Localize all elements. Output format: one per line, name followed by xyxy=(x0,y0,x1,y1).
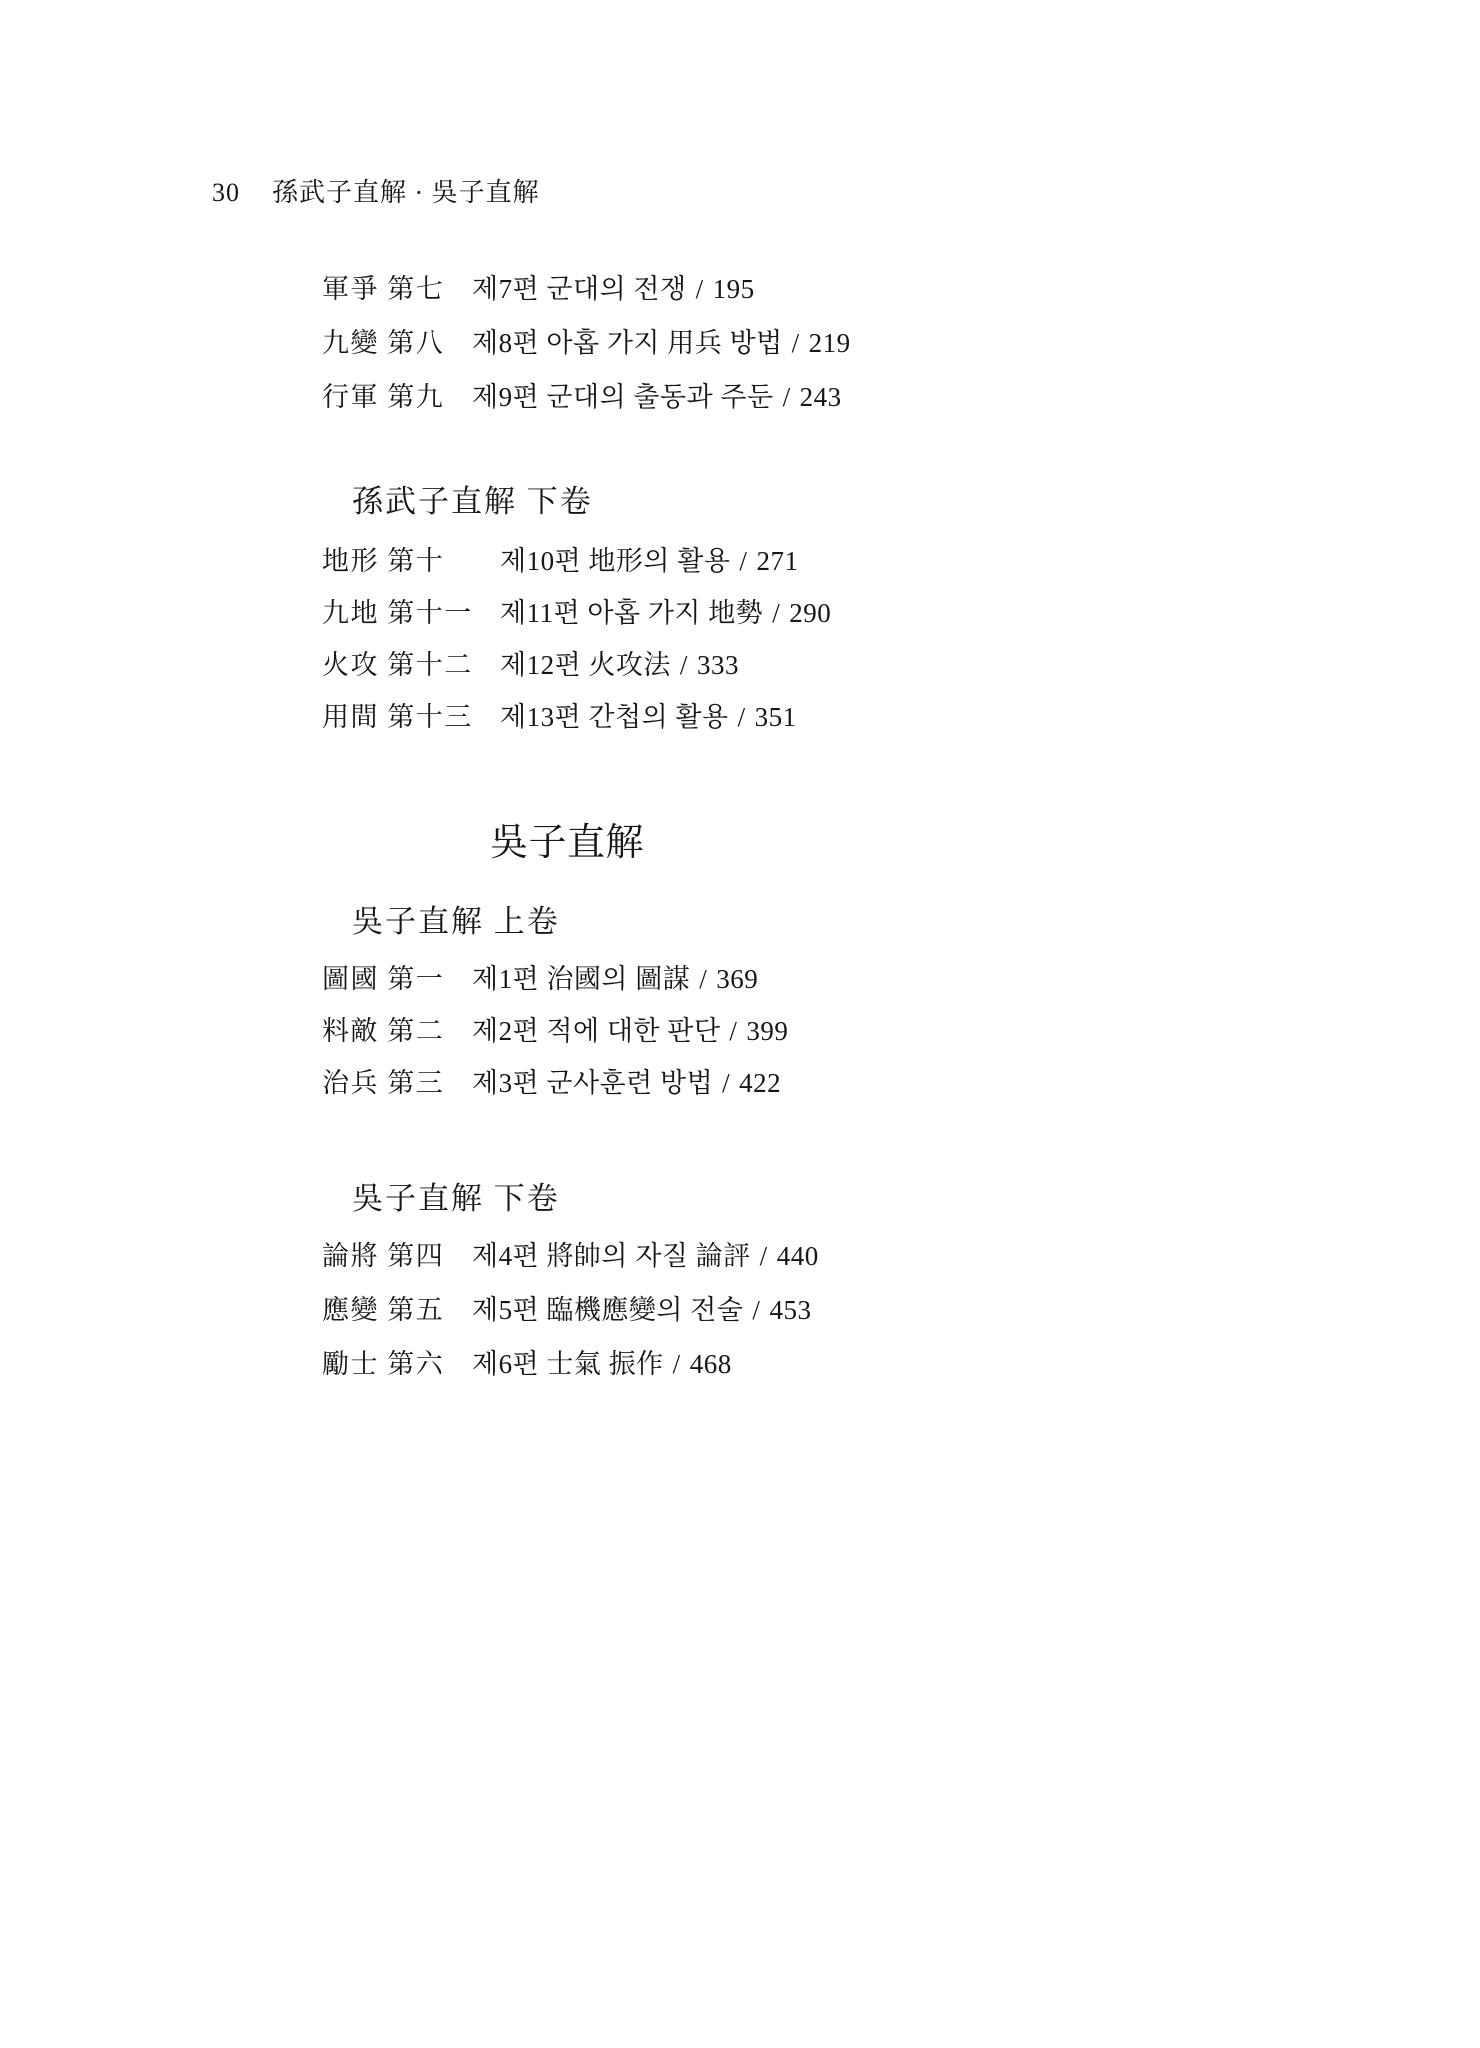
chapter-name: 軍爭 第七 xyxy=(322,276,472,303)
chapter-name: 治兵 第三 xyxy=(322,1070,472,1097)
group-heading: 孫武子直解 下卷 xyxy=(352,486,831,517)
page-separator: / xyxy=(738,702,746,732)
chapter-description: 제12편 火攻法 xyxy=(500,650,671,680)
page-separator: / xyxy=(673,1349,681,1379)
chapter-page-number: 333 xyxy=(697,650,739,680)
page-header: 30 孫武子直解 · 吳子直解 xyxy=(212,180,540,206)
page-separator: / xyxy=(722,1068,730,1098)
chapter-name: 九地 第十一 xyxy=(322,600,500,627)
page-separator: / xyxy=(792,328,800,358)
chapter-page-number: 453 xyxy=(769,1295,811,1325)
chapter-page-number: 422 xyxy=(739,1068,781,1098)
toc-entry: 九地 第十一제11편 아홉 가지 地勢/290 xyxy=(322,600,831,652)
page-separator: / xyxy=(696,274,704,304)
chapter-page-number: 440 xyxy=(777,1241,819,1271)
toc-group-oja-hagwon: 吳子直解 下卷 論將 第四제4편 將帥의 자질 論評/440 應變 第五제5편 … xyxy=(322,1183,819,1405)
group-heading: 吳子直解 上卷 xyxy=(352,906,788,937)
chapter-name: 行軍 第九 xyxy=(322,384,472,411)
toc-entries: 圖國 第一제1편 治國의 圖謀/369 料敵 第二제2편 적에 대한 판단/39… xyxy=(322,966,788,1122)
toc-entries: 論將 第四제4편 將帥의 자질 論評/440 應變 第五제5편 臨機應變의 전술… xyxy=(322,1243,819,1405)
chapter-page-number: 290 xyxy=(789,598,831,628)
toc-entries: 地形 第十제10편 地形의 활용/271 九地 第十一제11편 아홉 가지 地勢… xyxy=(322,548,831,756)
chapter-page-number: 195 xyxy=(713,274,755,304)
chapter-description: 제2편 적에 대한 판단 xyxy=(472,1016,720,1046)
chapter-description: 제1편 治國의 圖謀 xyxy=(472,964,690,994)
toc-entry: 火攻 第十二제12편 火攻法/333 xyxy=(322,652,831,704)
chapter-description: 제11편 아홉 가지 地勢 xyxy=(500,598,763,628)
chapter-description: 제5편 臨機應變의 전술 xyxy=(472,1295,743,1325)
chapter-name: 用間 第十三 xyxy=(322,704,500,731)
toc-entry: 治兵 第三제3편 군사훈련 방법/422 xyxy=(322,1070,788,1122)
toc-group-oja-sanggwon: 吳子直解 上卷 圖國 第一제1편 治國의 圖謀/369 料敵 第二제2편 적에 … xyxy=(322,906,788,1122)
page-separator: / xyxy=(699,964,707,994)
book-page: 30 孫武子直解 · 吳子直解 軍爭 第七제7편 군대의 전쟁/195 九變 第… xyxy=(0,0,1480,2048)
toc-entry: 圖國 第一제1편 治國의 圖謀/369 xyxy=(322,966,788,1018)
chapter-name: 地形 第十 xyxy=(322,548,500,575)
toc-entry: 料敵 第二제2편 적에 대한 판단/399 xyxy=(322,1018,788,1070)
page-separator: / xyxy=(760,1241,768,1271)
chapter-page-number: 271 xyxy=(756,546,798,576)
chapter-description: 제10편 地形의 활용 xyxy=(500,546,730,576)
chapter-description: 제8편 아홉 가지 用兵 방법 xyxy=(472,328,783,358)
toc-entry: 論將 第四제4편 將帥의 자질 論評/440 xyxy=(322,1243,819,1297)
chapter-name: 圖國 第一 xyxy=(322,966,472,993)
chapter-description: 제13편 간첩의 활용 xyxy=(500,702,729,732)
running-title: 孫武子直解 · 吳子直解 xyxy=(272,180,540,206)
chapter-description: 제7편 군대의 전쟁 xyxy=(472,274,687,304)
chapter-name: 論將 第四 xyxy=(322,1243,472,1270)
toc-entry: 勵士 第六제6편 士氣 振作/468 xyxy=(322,1351,819,1405)
chapter-page-number: 351 xyxy=(755,702,797,732)
toc-entry: 地形 第十제10편 地形의 활용/271 xyxy=(322,548,831,600)
chapter-page-number: 369 xyxy=(716,964,758,994)
page-separator: / xyxy=(783,382,791,412)
chapter-description: 제6편 士氣 振作 xyxy=(472,1349,664,1379)
chapter-name: 九變 第八 xyxy=(322,330,472,357)
chapter-page-number: 399 xyxy=(746,1016,788,1046)
page-separator: / xyxy=(752,1295,760,1325)
chapter-page-number: 468 xyxy=(690,1349,732,1379)
chapter-page-number: 243 xyxy=(800,382,842,412)
page-separator: / xyxy=(680,650,688,680)
chapter-name: 勵士 第六 xyxy=(322,1351,472,1378)
page-separator: / xyxy=(729,1016,737,1046)
toc-entry: 用間 第十三제13편 간첩의 활용/351 xyxy=(322,704,831,756)
toc-group-sonmuja-hagwon: 孫武子直解 下卷 地形 第十제10편 地形의 활용/271 九地 第十一제11편… xyxy=(322,486,831,756)
chapter-description: 제9편 군대의 출동과 주둔 xyxy=(472,382,774,412)
section-title: 吳子直解 xyxy=(490,824,644,862)
page-separator: / xyxy=(739,546,747,576)
toc-entry: 九變 第八제8편 아홉 가지 用兵 방법/219 xyxy=(322,330,851,384)
chapter-name: 應變 第五 xyxy=(322,1297,472,1324)
chapter-page-number: 219 xyxy=(809,328,851,358)
toc-entry: 行軍 第九제9편 군대의 출동과 주둔/243 xyxy=(322,384,851,438)
chapter-description: 제4편 將帥의 자질 論評 xyxy=(472,1241,751,1271)
toc-group-sonmuja-sanggwon-cont: 軍爭 第七제7편 군대의 전쟁/195 九變 第八제8편 아홉 가지 用兵 방법… xyxy=(322,276,851,438)
page-separator: / xyxy=(772,598,780,628)
chapter-name: 火攻 第十二 xyxy=(322,652,500,679)
toc-entry: 軍爭 第七제7편 군대의 전쟁/195 xyxy=(322,276,851,330)
toc-entry: 應變 第五제5편 臨機應變의 전술/453 xyxy=(322,1297,819,1351)
chapter-description: 제3편 군사훈련 방법 xyxy=(472,1068,713,1098)
page-number: 30 xyxy=(212,180,240,206)
chapter-name: 料敵 第二 xyxy=(322,1018,472,1045)
toc-entries: 軍爭 第七제7편 군대의 전쟁/195 九變 第八제8편 아홉 가지 用兵 방법… xyxy=(322,276,851,438)
group-heading: 吳子直解 下卷 xyxy=(352,1183,819,1214)
